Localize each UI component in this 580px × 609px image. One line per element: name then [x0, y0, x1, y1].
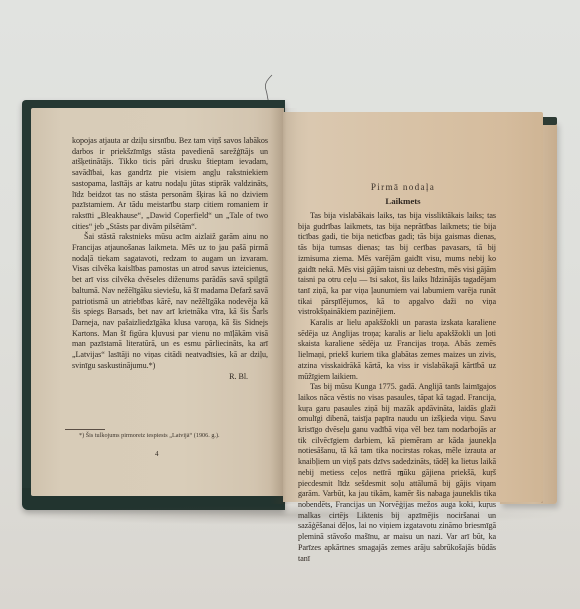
- chapter-title: Laikmets: [298, 196, 508, 206]
- right-page: Pirmā nodaļa Laikmets Tas bija vislabāka…: [283, 112, 543, 502]
- page-number-left: 4: [155, 450, 159, 458]
- cover-corner-right: [541, 117, 557, 125]
- signature: R. Bl.: [72, 372, 268, 383]
- book-shadow: [20, 505, 560, 525]
- left-page: kopojas atjauta ar dziļu sirsnību. Bez t…: [31, 108, 284, 496]
- paragraph: Tas bija vislabākais laiks, tas bija vis…: [298, 211, 496, 318]
- footnote-rule: [65, 429, 105, 430]
- footnote: *) Šis tulkojums pirmoreiz iespiests „La…: [79, 432, 269, 439]
- paragraph: Tas bij mūsu Kunga 1775. gadā. Anglijā t…: [298, 382, 496, 564]
- paragraph: kopojas atjauta ar dziļu sirsnību. Bez t…: [72, 136, 268, 232]
- chapter-heading: Pirmā nodaļa: [298, 182, 508, 192]
- page-number-right: 5: [400, 470, 404, 478]
- paragraph: Šai stāstā rakstnieks mūsu acīm aizlaiž …: [72, 232, 268, 371]
- left-page-body: kopojas atjauta ar dziļu sirsnību. Bez t…: [72, 136, 268, 383]
- paragraph: Karalis ar lielu apakšžokli un parasta i…: [298, 318, 496, 382]
